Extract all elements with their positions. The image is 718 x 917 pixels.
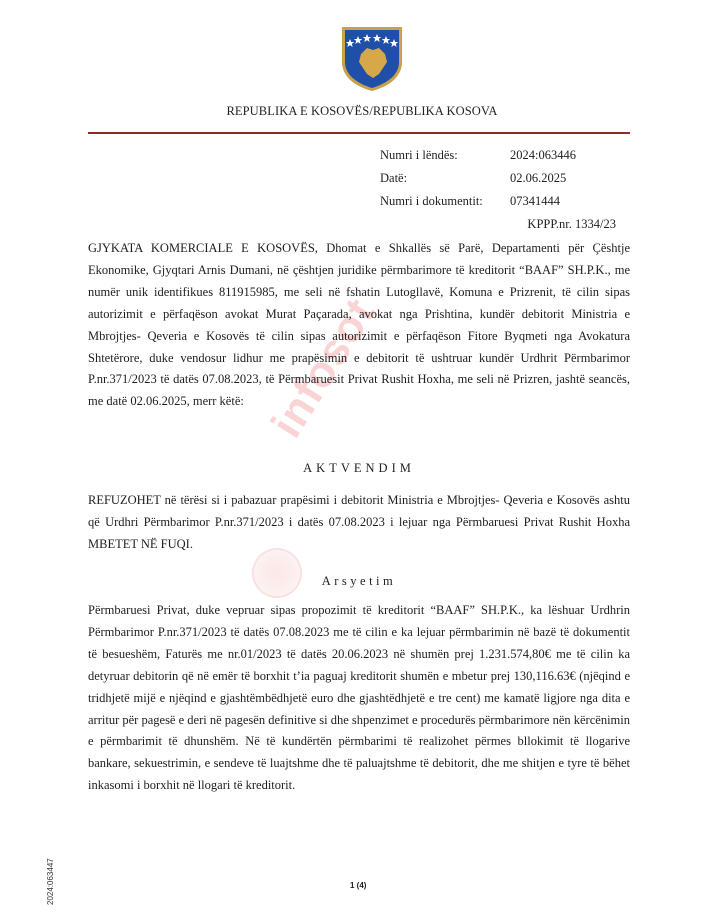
meta-label: Numri i dokumentit: — [380, 194, 510, 217]
meta-value: 02.06.2025 — [510, 171, 640, 194]
reasoning-paragraph: Përmbaruesi Privat, duke vepruar sipas p… — [88, 600, 630, 797]
meta-value: 2024:063446 — [510, 148, 640, 171]
decision-paragraph: REFUZOHET në tërësi si i pabazuar prapës… — [88, 490, 630, 556]
meta-row-document-number: Numri i dokumentit: 07341444 — [380, 194, 640, 217]
document-page: REPUBLIKA E KOSOVËS/REPUBLIKA KOSOVA Num… — [0, 0, 718, 917]
meta-row-case-number: Numri i lëndës: 2024:063446 — [380, 148, 640, 171]
meta-row-date: Datë: 02.06.2025 — [380, 171, 640, 194]
meta-value: 07341444 — [510, 194, 640, 217]
intro-paragraph: GJYKATA KOMERCIALE E KOSOVËS, Dhomat e S… — [88, 238, 630, 413]
meta-label: Datë: — [380, 171, 510, 194]
kosovo-emblem-icon — [339, 24, 405, 92]
decision-heading: AKTVENDIM — [88, 461, 630, 476]
meta-label: Numri i lëndës: — [380, 148, 510, 171]
header-divider — [88, 132, 630, 134]
page-number: 1 (4) — [350, 881, 366, 890]
case-metadata: Numri i lëndës: 2024:063446 Datë: 02.06.… — [380, 148, 640, 217]
case-reference: KPPP.nr. 1334/23 — [380, 217, 616, 232]
side-document-id: 2024:063447 — [46, 858, 55, 905]
republic-title: REPUBLIKA E KOSOVËS/REPUBLIKA KOSOVA — [0, 104, 718, 119]
reasoning-heading: Arsyetim — [88, 574, 630, 589]
